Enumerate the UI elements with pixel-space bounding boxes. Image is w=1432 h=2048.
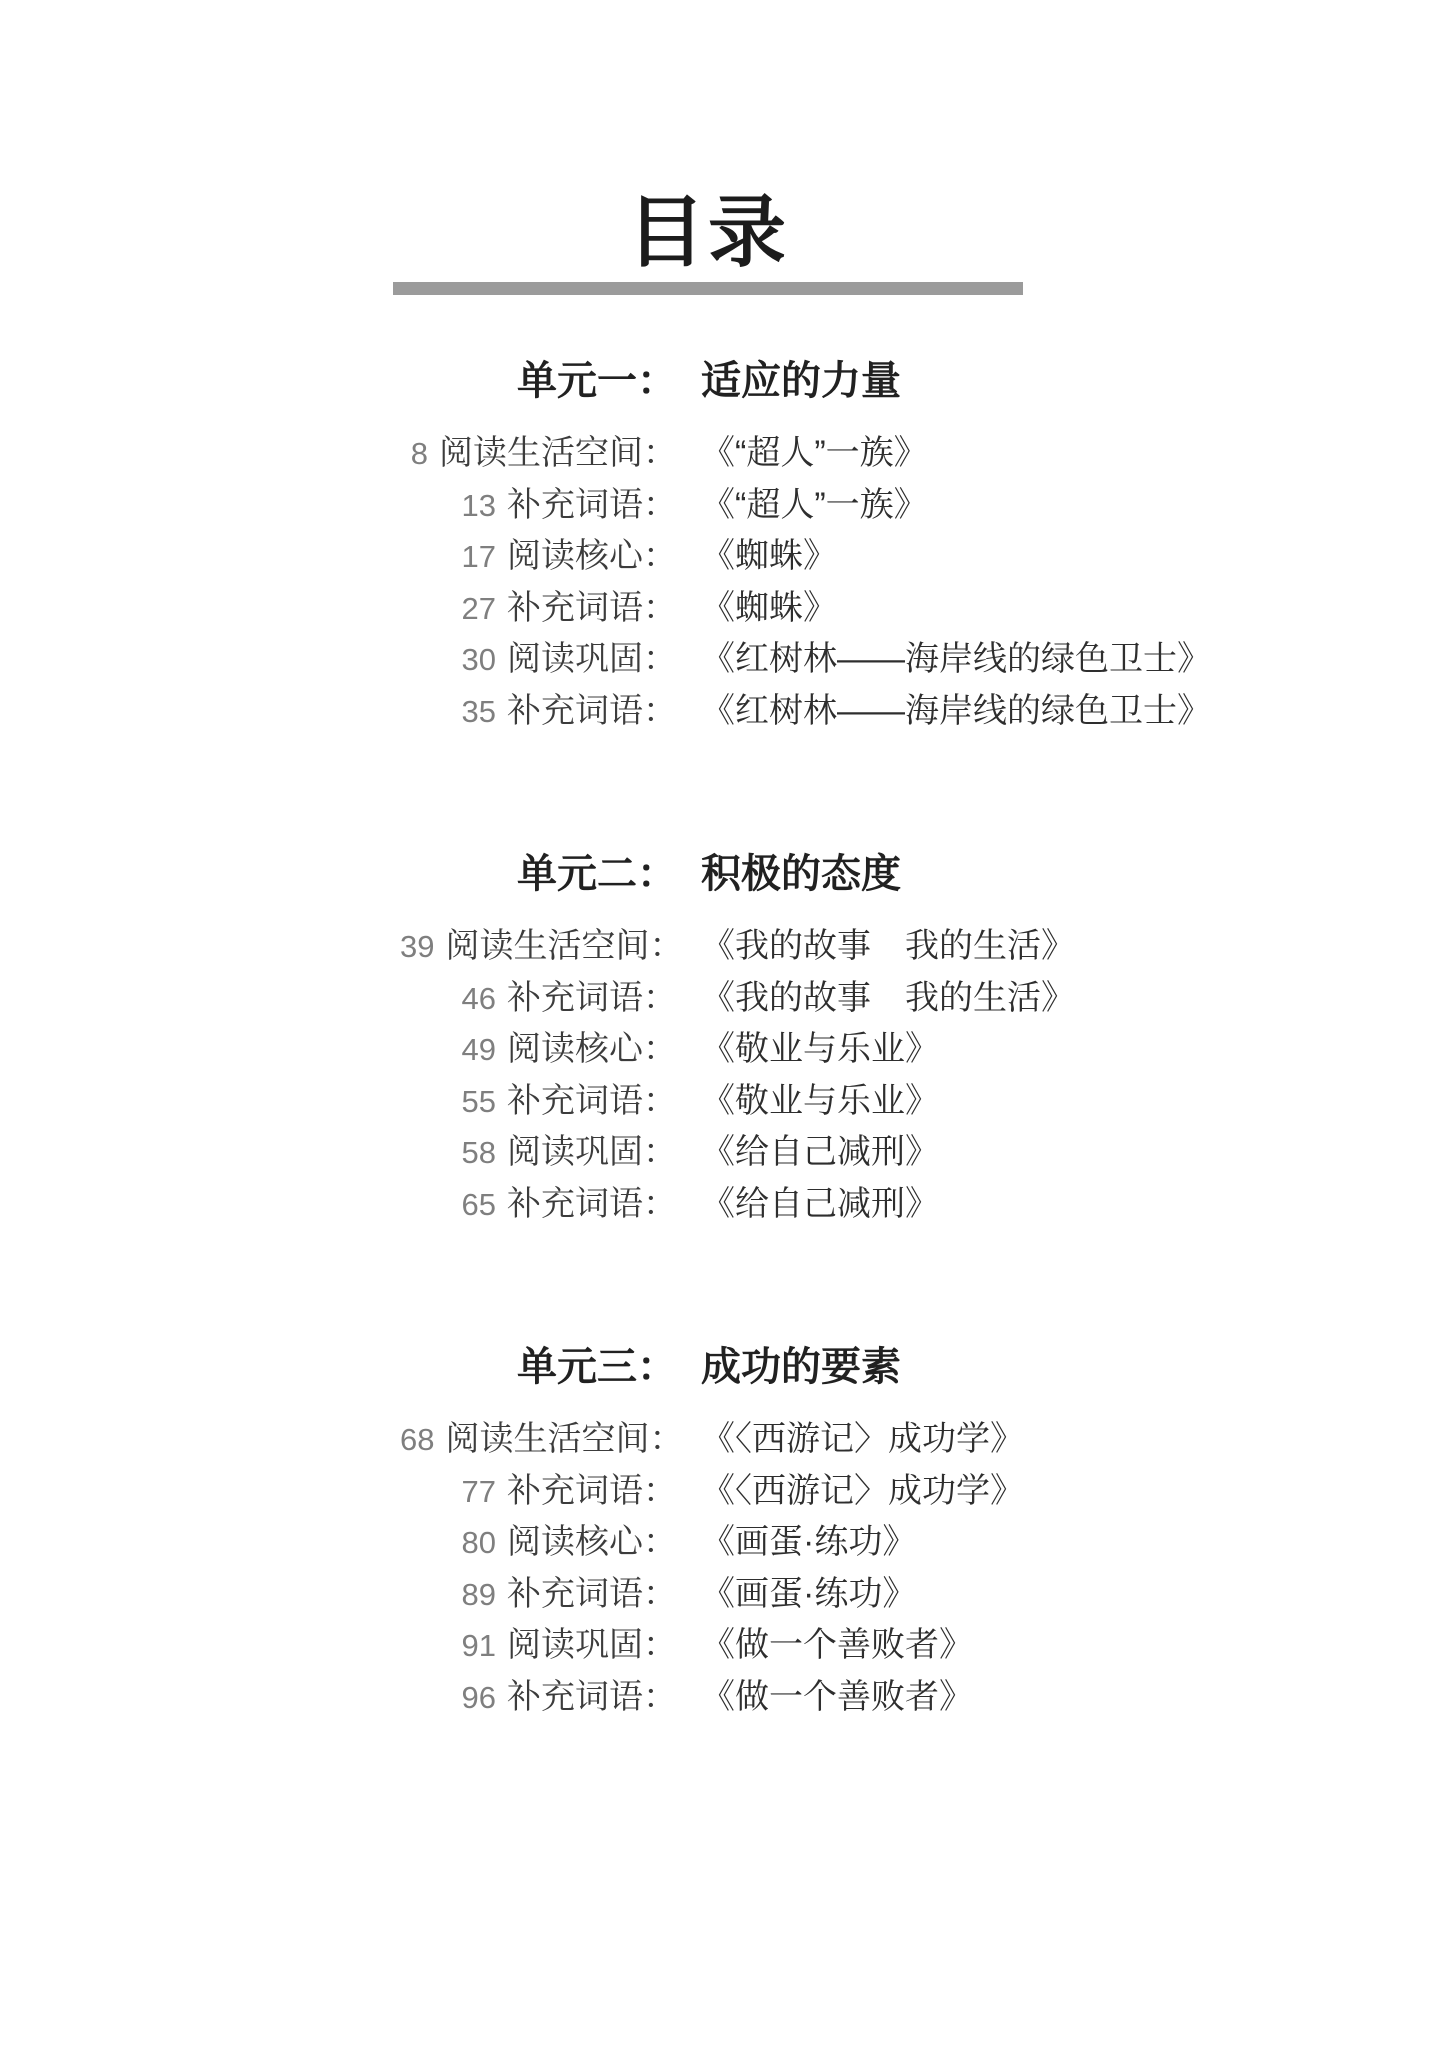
page-number: 49	[462, 1032, 496, 1067]
page-number: 80	[462, 1525, 496, 1560]
toc-entry: 17阅读核心： 《蜘蛛》	[400, 531, 1300, 583]
unit-section-1: 单元一： 适应的力量 8阅读生活空间： 《“超人”一族》 13补充词语： 《“超…	[400, 358, 1300, 737]
entry-title: 《画蛋·练功》	[701, 1517, 1300, 1569]
entry-left: 91阅读巩固：	[400, 1620, 677, 1672]
unit-heading: 单元二： 积极的态度	[400, 851, 1300, 897]
toc-entry: 30阅读巩固： 《红树林——海岸线的绿色卫士》	[400, 634, 1300, 686]
toc-entry: 91阅读巩固： 《做一个善败者》	[400, 1620, 1300, 1672]
toc-entry: 39阅读生活空间： 《我的故事 我的生活》	[400, 921, 1300, 973]
entry-title: 《“超人”一族》	[701, 480, 1300, 532]
toc-entry: 65补充词语： 《给自己减刑》	[400, 1179, 1300, 1231]
page-title: 目录	[393, 193, 1023, 271]
entry-left: 49阅读核心：	[400, 1024, 677, 1076]
toc-entry: 96补充词语： 《做一个善败者》	[400, 1672, 1300, 1724]
page-number: 68	[400, 1422, 434, 1457]
toc-entry: 89补充词语： 《画蛋·练功》	[400, 1569, 1300, 1621]
entry-label: 阅读核心：	[507, 537, 677, 575]
entry-label: 补充词语：	[507, 1185, 677, 1223]
entry-left: 39阅读生活空间：	[400, 921, 677, 973]
entry-title: 《蜘蛛》	[701, 531, 1300, 583]
page-number: 30	[462, 642, 496, 677]
entry-label: 阅读核心：	[507, 1523, 677, 1561]
toc-entry: 27补充词语： 《蜘蛛》	[400, 583, 1300, 635]
toc-entry: 77补充词语： 《〈西游记〉成功学》	[400, 1466, 1300, 1518]
entry-left: 89补充词语：	[400, 1569, 677, 1621]
unit-section-2: 单元二： 积极的态度 39阅读生活空间： 《我的故事 我的生活》 46补充词语：…	[400, 851, 1300, 1230]
unit-entries: 68阅读生活空间： 《〈西游记〉成功学》 77补充词语： 《〈西游记〉成功学》 …	[400, 1414, 1300, 1723]
page-number: 39	[400, 929, 434, 964]
entry-title: 《“超人”一族》	[701, 428, 1300, 480]
entry-left: 35补充词语：	[400, 686, 677, 738]
entry-left: 13补充词语：	[400, 480, 677, 532]
page-number: 8	[411, 436, 428, 471]
toc-entry: 58阅读巩固： 《给自己减刑》	[400, 1127, 1300, 1179]
toc-page: 目录 单元一： 适应的力量 8阅读生活空间： 《“超人”一族》 13补充词语： …	[0, 0, 1432, 2048]
toc-entry: 49阅读核心： 《敬业与乐业》	[400, 1024, 1300, 1076]
page-number: 17	[462, 539, 496, 574]
page-number: 13	[462, 488, 496, 523]
entry-label: 补充词语：	[507, 692, 677, 730]
unit-label: 单元一：	[400, 358, 677, 404]
entry-label: 阅读核心：	[507, 1030, 677, 1068]
unit-title: 积极的态度	[701, 851, 1300, 897]
entry-left: 96补充词语：	[400, 1672, 677, 1724]
entry-left: 77补充词语：	[400, 1466, 677, 1518]
unit-entries: 39阅读生活空间： 《我的故事 我的生活》 46补充词语： 《我的故事 我的生活…	[400, 921, 1300, 1230]
page-number: 55	[462, 1084, 496, 1119]
toc-entry: 8阅读生活空间： 《“超人”一族》	[400, 428, 1300, 480]
unit-entries: 8阅读生活空间： 《“超人”一族》 13补充词语： 《“超人”一族》 17阅读核…	[400, 428, 1300, 737]
entry-title: 《红树林——海岸线的绿色卫士》	[701, 634, 1300, 686]
entry-left: 27补充词语：	[400, 583, 677, 635]
unit-title: 适应的力量	[701, 358, 1300, 404]
entry-left: 55补充词语：	[400, 1076, 677, 1128]
page-number: 35	[462, 694, 496, 729]
entry-title: 《敬业与乐业》	[701, 1024, 1300, 1076]
entry-title: 《蜘蛛》	[701, 583, 1300, 635]
page-number: 58	[462, 1135, 496, 1170]
entry-left: 46补充词语：	[400, 973, 677, 1025]
entry-title: 《〈西游记〉成功学》	[701, 1466, 1300, 1518]
entry-label: 阅读生活空间：	[439, 434, 677, 472]
entry-label: 补充词语：	[507, 589, 677, 627]
entry-title: 《敬业与乐业》	[701, 1076, 1300, 1128]
entry-title: 《做一个善败者》	[701, 1672, 1300, 1724]
entry-title: 《我的故事 我的生活》	[701, 921, 1300, 973]
unit-heading: 单元三： 成功的要素	[400, 1344, 1300, 1390]
entry-title: 《画蛋·练功》	[701, 1569, 1300, 1621]
unit-section-3: 单元三： 成功的要素 68阅读生活空间： 《〈西游记〉成功学》 77补充词语： …	[400, 1344, 1300, 1723]
toc-entry: 68阅读生活空间： 《〈西游记〉成功学》	[400, 1414, 1300, 1466]
entry-left: 30阅读巩固：	[400, 634, 677, 686]
entry-left: 8阅读生活空间：	[400, 428, 677, 480]
entry-title: 《给自己减刑》	[701, 1127, 1300, 1179]
entry-left: 65补充词语：	[400, 1179, 677, 1231]
table-of-contents: 单元一： 适应的力量 8阅读生活空间： 《“超人”一族》 13补充词语： 《“超…	[400, 358, 1300, 1723]
page-number: 89	[462, 1577, 496, 1612]
entry-title: 《给自己减刑》	[701, 1179, 1300, 1231]
entry-title: 《做一个善败者》	[701, 1620, 1300, 1672]
page-number: 77	[462, 1474, 496, 1509]
page-number: 46	[462, 981, 496, 1016]
toc-entry: 13补充词语： 《“超人”一族》	[400, 480, 1300, 532]
entry-label: 补充词语：	[507, 1472, 677, 1510]
page-number: 91	[462, 1628, 496, 1663]
entry-left: 17阅读核心：	[400, 531, 677, 583]
unit-heading: 单元一： 适应的力量	[400, 358, 1300, 404]
entry-label: 补充词语：	[507, 979, 677, 1017]
entry-label: 阅读生活空间：	[445, 1420, 683, 1458]
page-number: 27	[462, 591, 496, 626]
title-divider	[393, 282, 1023, 295]
page-number: 65	[462, 1187, 496, 1222]
page-number: 96	[462, 1680, 496, 1715]
entry-left: 58阅读巩固：	[400, 1127, 677, 1179]
entry-label: 阅读巩固：	[507, 640, 677, 678]
entry-title: 《红树林——海岸线的绿色卫士》	[701, 686, 1300, 738]
toc-entry: 35补充词语： 《红树林——海岸线的绿色卫士》	[400, 686, 1300, 738]
toc-entry: 46补充词语： 《我的故事 我的生活》	[400, 973, 1300, 1025]
entry-left: 68阅读生活空间：	[400, 1414, 677, 1466]
entry-left: 80阅读核心：	[400, 1517, 677, 1569]
entry-label: 补充词语：	[507, 1575, 677, 1613]
entry-label: 补充词语：	[507, 1678, 677, 1716]
entry-label: 补充词语：	[507, 1082, 677, 1120]
entry-label: 阅读巩固：	[507, 1133, 677, 1171]
entry-title: 《〈西游记〉成功学》	[701, 1414, 1300, 1466]
toc-entry: 80阅读核心： 《画蛋·练功》	[400, 1517, 1300, 1569]
toc-entry: 55补充词语： 《敬业与乐业》	[400, 1076, 1300, 1128]
entry-label: 阅读巩固：	[507, 1626, 677, 1664]
entry-label: 阅读生活空间：	[445, 927, 683, 965]
entry-label: 补充词语：	[507, 486, 677, 524]
unit-label: 单元三：	[400, 1344, 677, 1390]
unit-label: 单元二：	[400, 851, 677, 897]
entry-title: 《我的故事 我的生活》	[701, 973, 1300, 1025]
unit-title: 成功的要素	[701, 1344, 1300, 1390]
